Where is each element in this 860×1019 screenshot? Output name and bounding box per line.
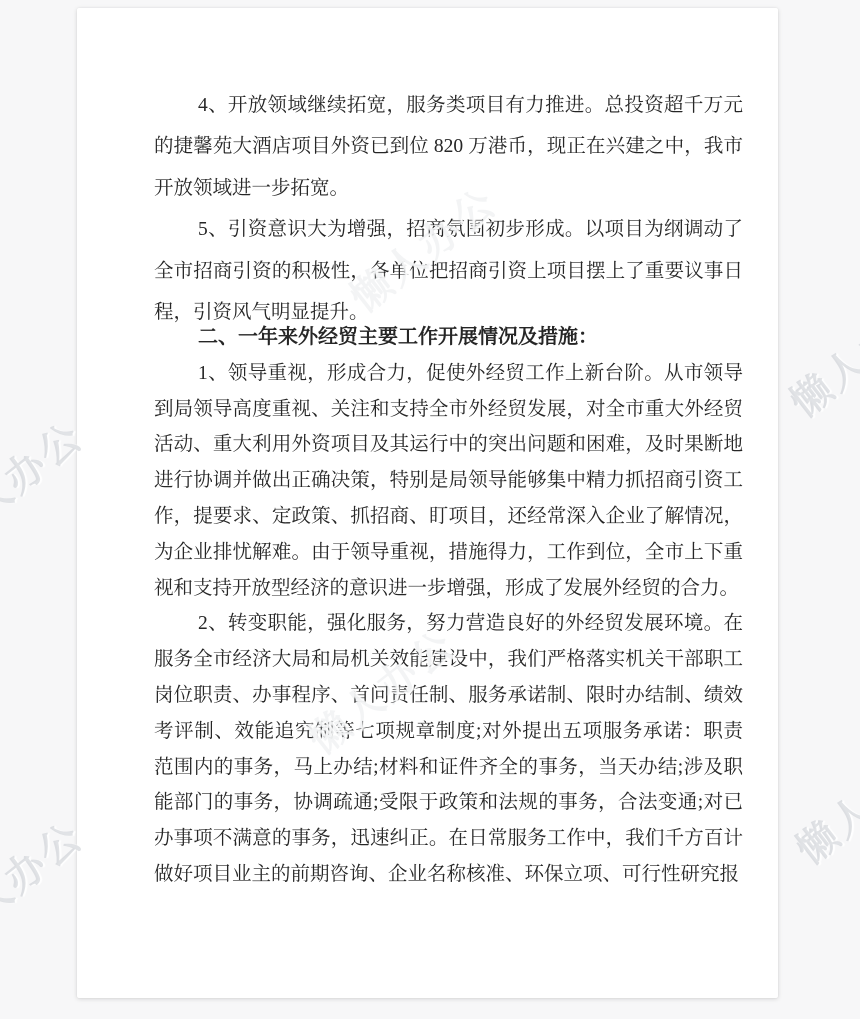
- paragraph-item-1: 1、领导重视，形成合力，促使外经贸工作上新台阶。从市领导到局领导高度重视、关注和…: [154, 356, 743, 607]
- document-body: 4、开放领域继续拓宽，服务类项目有力推进。总投资超千万元的捷馨苑大酒店项目外资已…: [154, 85, 743, 893]
- paragraph-item-5: 5、引资意识大为增强，招商氛围初步形成。以项目为纲调动了全市招商引资的积极性，各…: [154, 209, 743, 333]
- document-preview-background: 4、开放领域继续拓宽，服务类项目有力推进。总投资超千万元的捷馨苑大酒店项目外资已…: [0, 0, 860, 1019]
- paragraph-item-2: 2、转变职能，强化服务，努力营造良好的外经贸发展环境。在服务全市经济大局和局机关…: [154, 606, 743, 892]
- watermark-text: 懒人办公: [777, 278, 860, 429]
- watermark-text: 懒人办公: [783, 725, 860, 876]
- paragraph-item-4: 4、开放领域继续拓宽，服务类项目有力推进。总投资超千万元的捷馨苑大酒店项目外资已…: [154, 85, 743, 209]
- document-page: 4、开放领域继续拓宽，服务类项目有力推进。总投资超千万元的捷馨苑大酒店项目外资已…: [77, 8, 778, 998]
- section-heading: 二、一年来外经贸主要工作开展情况及措施：: [154, 322, 743, 352]
